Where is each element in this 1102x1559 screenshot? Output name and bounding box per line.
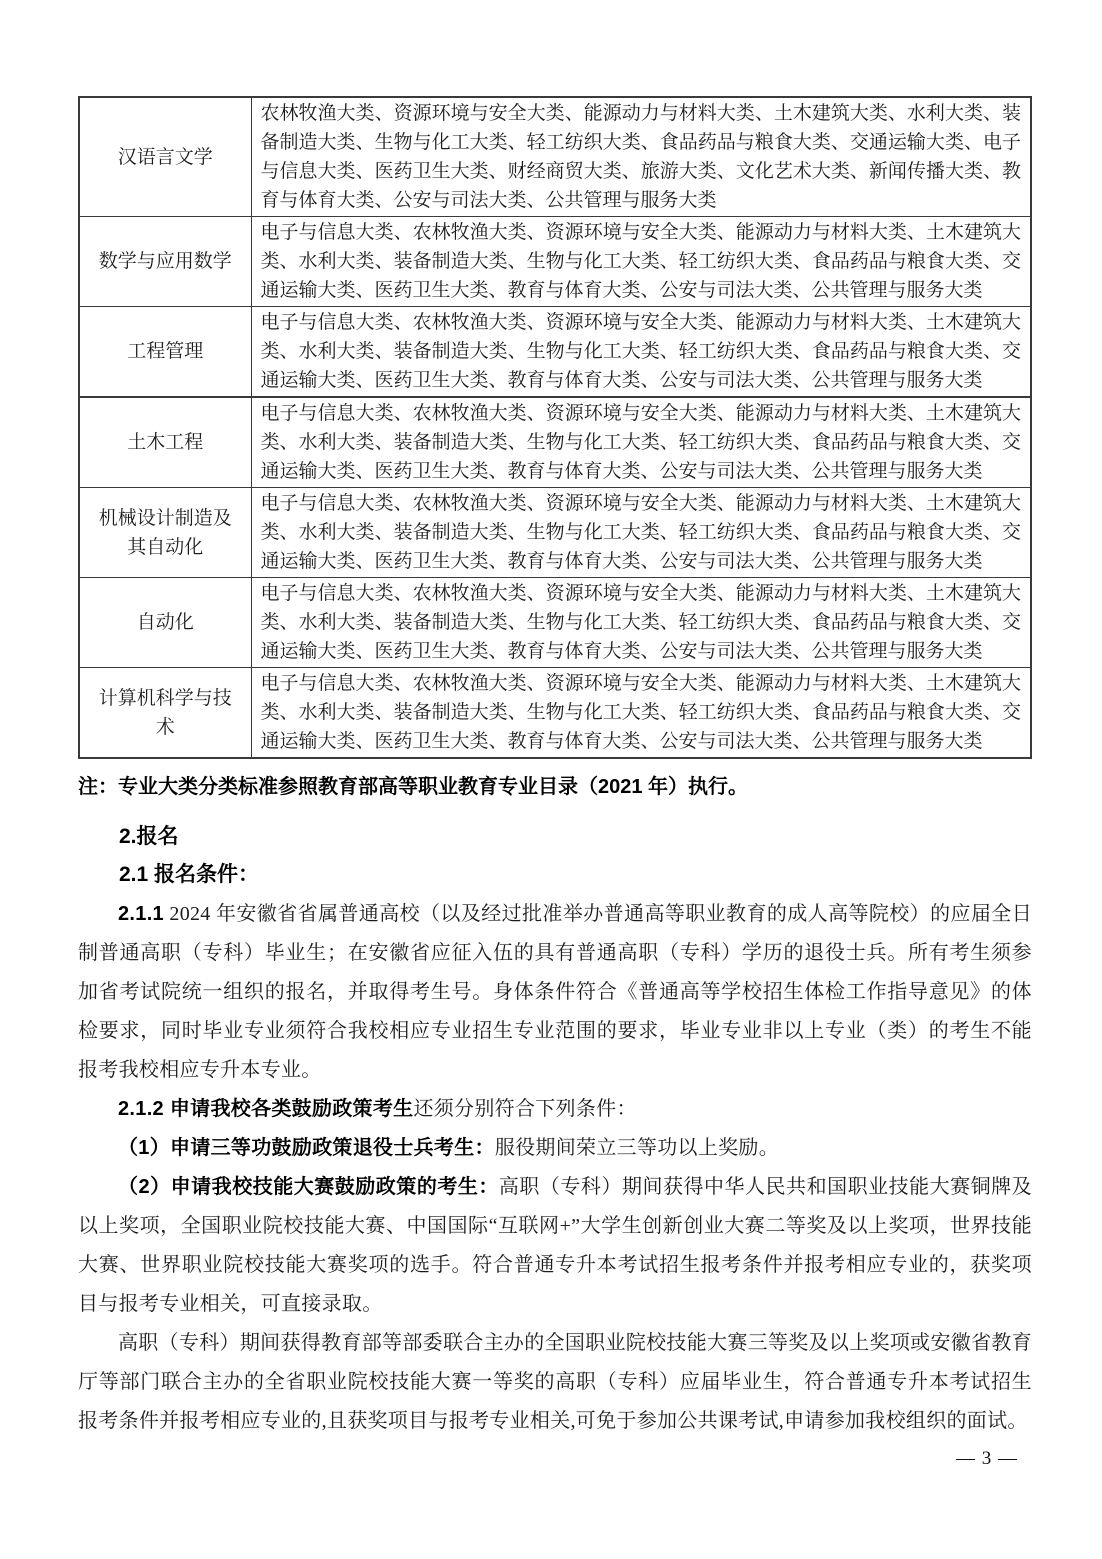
condition-item-2-label: （2）申请我校技能大赛鼓励政策的考生：	[118, 1176, 499, 1198]
condition-item-1: （1）申请三等功鼓励政策退役士兵考生：服役期间荣立三等功以上奖励。	[78, 1129, 1032, 1168]
categories-cell: 农林牧渔大类、资源环境与安全大类、能源动力与材料大类、土木建筑大类、水利大类、装…	[251, 97, 1031, 217]
categories-cell: 电子与信息大类、农林牧渔大类、资源环境与安全大类、能源动力与材料大类、土木建筑大…	[251, 397, 1031, 488]
categories-cell: 电子与信息大类、农林牧渔大类、资源环境与安全大类、能源动力与材料大类、土木建筑大…	[251, 307, 1031, 398]
categories-cell: 电子与信息大类、农林牧渔大类、资源环境与安全大类、能源动力与材料大类、土木建筑大…	[251, 217, 1031, 307]
paragraph-2-1-1-text: 2024 年安徽省省属普通高校（以及经过批准举办普通高等职业教育的成人高等院校）…	[78, 903, 1032, 1081]
final-paragraph: 高职（专科）期间获得教育部等部委联合主办的全国职业院校技能大赛三等奖及以上奖项或…	[78, 1324, 1032, 1441]
document-page: 汉语言文学 农林牧渔大类、资源环境与安全大类、能源动力与材料大类、土木建筑大类、…	[0, 0, 1102, 1559]
major-cell: 数学与应用数学	[79, 217, 251, 307]
categories-cell: 电子与信息大类、农林牧渔大类、资源环境与安全大类、能源动力与材料大类、土木建筑大…	[251, 668, 1031, 759]
paragraph-2-1-2-label: 2.1.2 申请我校各类鼓励政策考生	[118, 1098, 413, 1120]
section-heading-2-1: 2.1 报名条件：	[119, 861, 1032, 889]
paragraph-2-1-1: 2.1.1 2024 年安徽省省属普通高校（以及经过批准举办普通高等职业教育的成…	[78, 895, 1032, 1090]
table-row: 自动化 电子与信息大类、农林牧渔大类、资源环境与安全大类、能源动力与材料大类、土…	[79, 578, 1031, 668]
page-number: — 3 —	[956, 1448, 1018, 1470]
paragraph-2-1-2: 2.1.2 申请我校各类鼓励政策考生还须分别符合下列条件：	[78, 1090, 1032, 1129]
major-cell: 机械设计制造及其自动化	[79, 488, 251, 578]
table-row: 土木工程 电子与信息大类、农林牧渔大类、资源环境与安全大类、能源动力与材料大类、…	[79, 397, 1031, 488]
major-cell: 工程管理	[79, 307, 251, 398]
categories-cell: 电子与信息大类、农林牧渔大类、资源环境与安全大类、能源动力与材料大类、土木建筑大…	[251, 488, 1031, 578]
categories-cell: 电子与信息大类、农林牧渔大类、资源环境与安全大类、能源动力与材料大类、土木建筑大…	[251, 578, 1031, 668]
table-row: 机械设计制造及其自动化 电子与信息大类、农林牧渔大类、资源环境与安全大类、能源动…	[79, 488, 1031, 578]
table-row: 计算机科学与技术 电子与信息大类、农林牧渔大类、资源环境与安全大类、能源动力与材…	[79, 668, 1031, 759]
major-cell: 汉语言文学	[79, 97, 251, 217]
paragraph-2-1-2-text: 还须分别符合下列条件：	[413, 1098, 636, 1120]
document-content: 汉语言文学 农林牧渔大类、资源环境与安全大类、能源动力与材料大类、土木建筑大类、…	[78, 96, 1032, 1441]
condition-item-2: （2）申请我校技能大赛鼓励政策的考生：高职（专科）期间获得中华人民共和国职业技能…	[78, 1168, 1032, 1324]
paragraph-2-1-1-label: 2.1.1	[118, 903, 164, 925]
condition-item-1-label: （1）申请三等功鼓励政策退役士兵考生：	[118, 1137, 495, 1159]
major-cell: 土木工程	[79, 397, 251, 488]
majors-table: 汉语言文学 农林牧渔大类、资源环境与安全大类、能源动力与材料大类、土木建筑大类、…	[78, 96, 1032, 759]
table-row: 工程管理 电子与信息大类、农林牧渔大类、资源环境与安全大类、能源动力与材料大类、…	[79, 307, 1031, 398]
major-cell: 自动化	[79, 578, 251, 668]
condition-item-1-text: 服役期间荣立三等功以上奖励。	[495, 1137, 779, 1159]
final-paragraph-text: 高职（专科）期间获得教育部等部委联合主办的全国职业院校技能大赛三等奖及以上奖项或…	[78, 1332, 1032, 1432]
section-heading-2: 2.报名	[119, 823, 1032, 851]
table-row: 数学与应用数学 电子与信息大类、农林牧渔大类、资源环境与安全大类、能源动力与材料…	[79, 217, 1031, 307]
table-note: 注：专业大类分类标准参照教育部高等职业教育专业目录（2021 年）执行。	[78, 773, 1032, 801]
table-row: 汉语言文学 农林牧渔大类、资源环境与安全大类、能源动力与材料大类、土木建筑大类、…	[79, 97, 1031, 217]
major-cell: 计算机科学与技术	[79, 668, 251, 759]
